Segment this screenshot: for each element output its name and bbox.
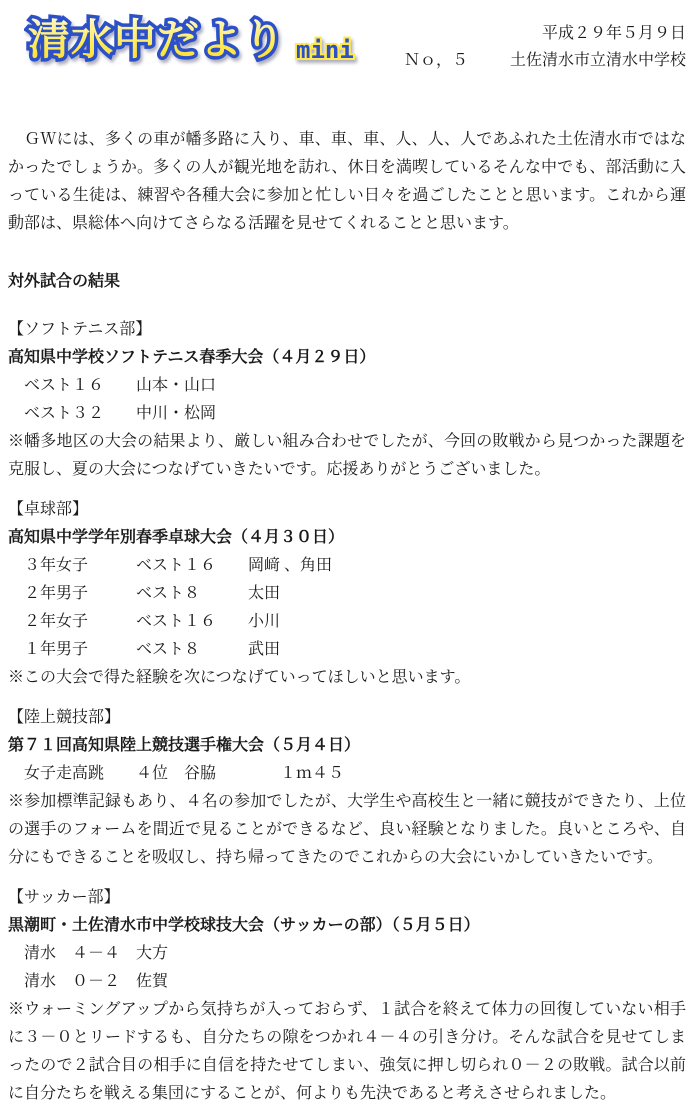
club-name: 【陸上競技部】 xyxy=(8,704,686,732)
club-note: ※幡多地区の大会の結果より、厳しい組み合わせでしたが、今回の敗戦から見つかった課… xyxy=(8,428,686,484)
club-note: ※参加標準記録もあり、４名の参加でしたが、大学生や高校生と一緒に競技ができたり、… xyxy=(8,788,686,872)
issue-line: Ｎｏ，５土佐清水市立清水中学校 xyxy=(404,47,686,74)
logo-title: 清水中だより xyxy=(28,10,286,70)
club-name: 【サッカー部】 xyxy=(8,884,686,912)
result-line: 清水 ０－２ 佐賀 xyxy=(8,968,686,996)
intro-paragraph: ＧＷには、多くの車が幡多路に入り、車、車、車、人、人、人であふれた土佐清水市では… xyxy=(8,126,686,238)
header-info: 平成２９年５月９日 Ｎｏ，５土佐清水市立清水中学校 xyxy=(404,8,686,74)
tournament-name: 第７１回高知県陸上競技選手権大会（５月４日） xyxy=(8,732,686,760)
tournament-name: 黒潮町・土佐清水市中学校球技大会（サッカーの部）（５月５日） xyxy=(8,912,686,940)
results-heading: 対外試合の結果 xyxy=(8,268,686,296)
issue-date: 平成２９年５月９日 xyxy=(404,20,686,47)
club-note: ※ウォーミングアップから気持ちが入っておらず、１試合を終えて体力の回復していない… xyxy=(8,996,686,1106)
logo-subtitle: mini xyxy=(296,35,354,65)
newsletter-logo: 清水中だよりmini xyxy=(28,10,354,70)
result-line: ベスト１６ 山本・山口 xyxy=(8,372,686,400)
school-name: 土佐清水市立清水中学校 xyxy=(510,52,686,69)
section-track-and-field: 【陸上競技部】 第７１回高知県陸上競技選手権大会（５月４日） 女子走高跳 ４位 … xyxy=(8,704,686,872)
section-soccer: 【サッカー部】 黒潮町・土佐清水市中学校球技大会（サッカーの部）（５月５日） 清… xyxy=(8,884,686,1106)
club-name: 【卓球部】 xyxy=(8,496,686,524)
result-line: ２年男子 ベスト８ 太田 xyxy=(8,580,686,608)
section-table-tennis: 【卓球部】 高知県中学学年別春季卓球大会（４月３０日） ３年女子 ベスト１６ 岡… xyxy=(8,496,686,692)
result-line: ２年女子 ベスト１６ 小川 xyxy=(8,608,686,636)
tournament-name: 高知県中学学年別春季卓球大会（４月３０日） xyxy=(8,524,686,552)
result-line: 清水 ４－４ 大方 xyxy=(8,940,686,968)
header: 清水中だよりmini 平成２９年５月９日 Ｎｏ，５土佐清水市立清水中学校 xyxy=(8,8,686,78)
result-line: 女子走高跳 ４位 谷脇 １ｍ４５ xyxy=(8,760,686,788)
result-line: ３年女子 ベスト１６ 岡﨑 、角田 xyxy=(8,552,686,580)
club-name: 【ソフトテニス部】 xyxy=(8,316,686,344)
issue-number: Ｎｏ，５ xyxy=(404,52,468,69)
newsletter-page: 清水中だよりmini 平成２９年５月９日 Ｎｏ，５土佐清水市立清水中学校 ＧＷに… xyxy=(0,0,694,1106)
tournament-name: 高知県中学校ソフトテニス春季大会（４月２９日） xyxy=(8,344,686,372)
club-note: ※この大会で得た経験を次につなげていってほしいと思います。 xyxy=(8,664,686,692)
result-line: １年男子 ベスト８ 武田 xyxy=(8,636,686,664)
result-line: ベスト３２ 中川・松岡 xyxy=(8,400,686,428)
section-soft-tennis: 【ソフトテニス部】 高知県中学校ソフトテニス春季大会（４月２９日） ベスト１６ … xyxy=(8,316,686,484)
